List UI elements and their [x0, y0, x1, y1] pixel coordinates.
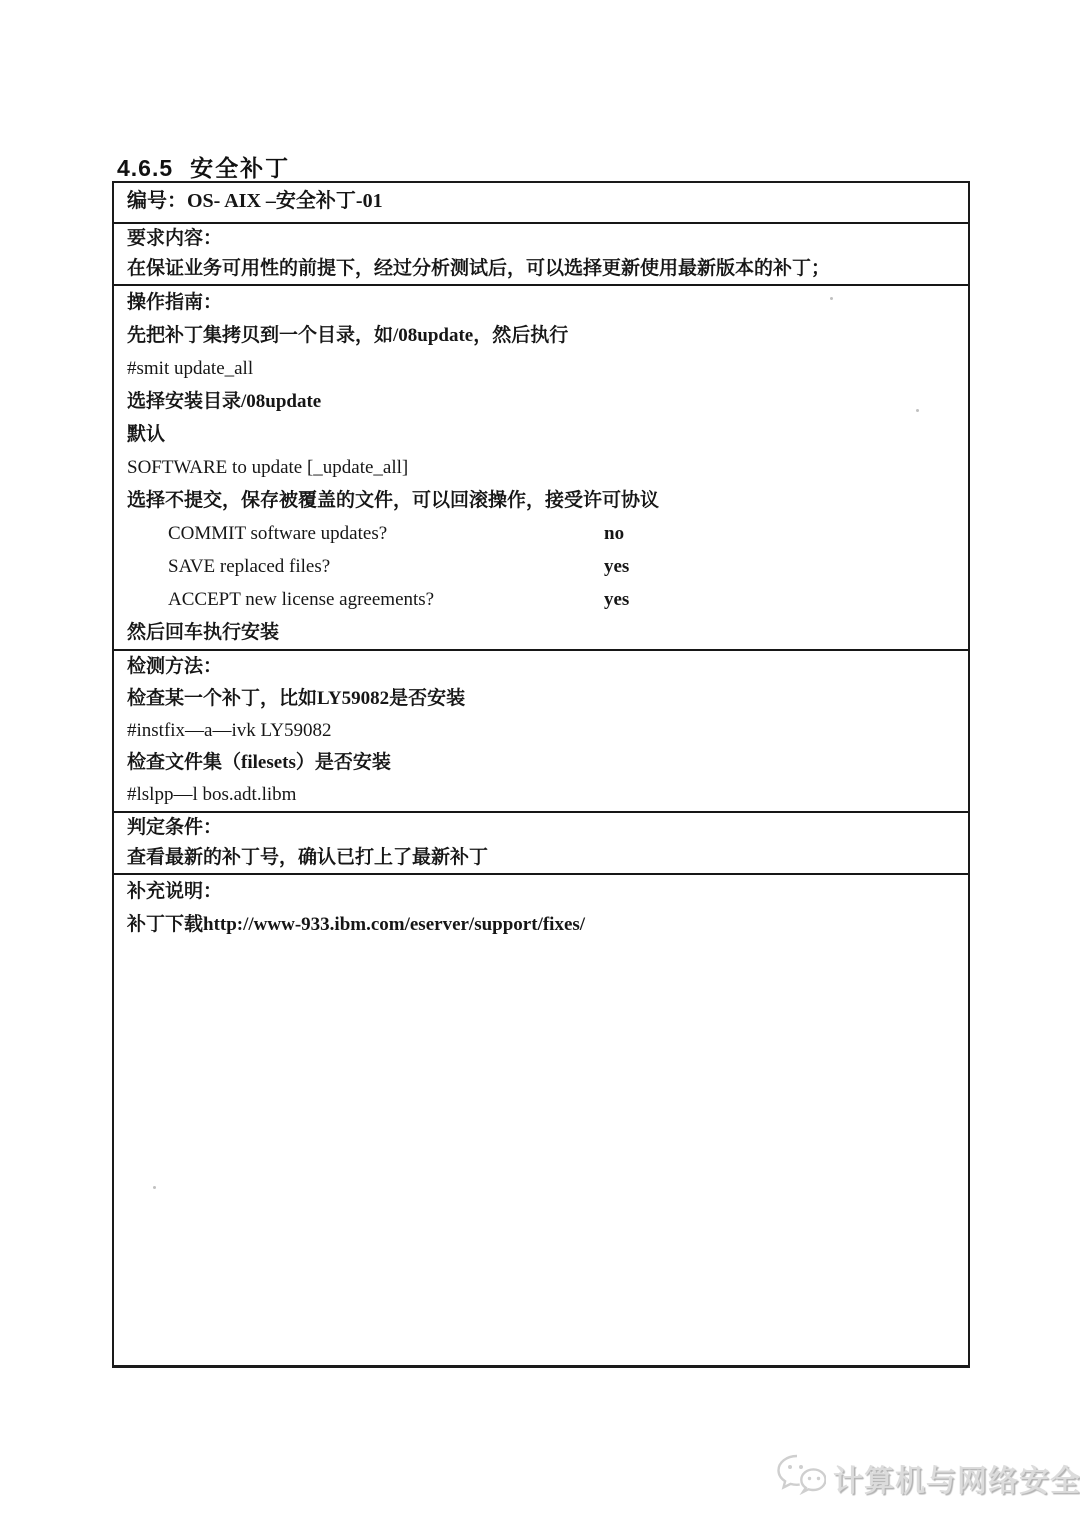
requirement-line: 在保证业务可用性的前提下，经过分析测试后，可以选择更新使用最新版本的补丁； — [114, 254, 968, 284]
judgment-criteria-line: 查看最新的补丁号，确认已打上了最新补丁 — [114, 843, 968, 873]
line-value: yes — [604, 550, 629, 583]
watermark-text: 计算机与网络安全 — [833, 1456, 1080, 1500]
line-text: 选择不提交，保存被覆盖的文件，可以回滚操作，接受许可协议 — [127, 490, 659, 511]
operation-guide-line: 选择不提交，保存被覆盖的文件，可以回滚操作，接受许可协议 — [114, 484, 968, 517]
line-text: 先把补丁集拷贝到一个目录，如/08update，然后执行 — [127, 325, 568, 346]
page-title: 4.6.5安全补丁 — [117, 150, 290, 183]
line-text: ACCEPT new license agreements? — [168, 589, 434, 610]
line-text: 在保证业务可用性的前提下，经过分析测试后，可以选择更新使用最新版本的补丁； — [127, 258, 830, 279]
line-text: 选择安装目录/08update — [127, 391, 321, 412]
line-text: 补丁下载http://www-933.ibm.com/eserver/suppo… — [127, 914, 585, 935]
line-text: 然后回车执行安装 — [127, 622, 279, 643]
detection-method-line: #instfix—a—ivk LY59082 — [114, 715, 968, 747]
supplementary-notes-line: 补丁下载http://www-933.ibm.com/eserver/suppo… — [114, 908, 968, 941]
line-text: 默认 — [127, 424, 165, 445]
section-supplementary-notes: 补充说明：补丁下载http://www-933.ibm.com/eserver/… — [114, 873, 968, 941]
watermark: 计算机与网络安全 — [776, 1452, 1080, 1504]
scan-speck — [916, 409, 919, 412]
line-text: 检查文件集（filesets）是否安装 — [127, 752, 391, 773]
requirement-line: 要求内容： — [114, 224, 968, 254]
detection-method-line: 检测方法： — [114, 651, 968, 683]
detection-method-line: #lslpp—l bos.adt.libm — [114, 779, 968, 811]
operation-guide-line: 默认 — [114, 418, 968, 451]
line-value: yes — [604, 583, 629, 616]
line-text: 补充说明： — [127, 881, 222, 902]
line-text: 检测方法： — [127, 656, 222, 677]
detection-method-line: 检查文件集（filesets）是否安装 — [114, 747, 968, 779]
id-row: 编号：OS- AIX –安全补丁-01 — [114, 183, 968, 222]
operation-guide-line: SOFTWARE to update [_update_all] — [114, 451, 968, 484]
operation-guide-line: 然后回车执行安装 — [114, 616, 968, 649]
line-text: 检查某一个补丁，比如LY59082是否安装 — [127, 688, 465, 709]
operation-guide-line: 先把补丁集拷贝到一个目录，如/08update，然后执行 — [114, 319, 968, 352]
operation-guide-line: COMMIT software updates?no — [114, 517, 968, 550]
section-title-text: 安全补丁 — [190, 155, 290, 181]
document-table: 编号：OS- AIX –安全补丁-01 要求内容：在保证业务可用性的前提下，经过… — [112, 181, 970, 1368]
line-text: COMMIT software updates? — [168, 523, 387, 544]
line-text: #lslpp—l bos.adt.libm — [127, 784, 296, 805]
line-text: 判定条件： — [127, 817, 222, 838]
line-text: SAVE replaced files? — [168, 556, 330, 577]
scan-speck — [153, 1186, 156, 1189]
scan-speck — [830, 297, 833, 300]
section-number: 4.6.5 — [117, 155, 173, 181]
supplementary-notes-line: 补充说明： — [114, 875, 968, 908]
section-detection-method: 检测方法：检查某一个补丁，比如LY59082是否安装#instfix—a—ivk… — [114, 649, 968, 811]
line-text: 查看最新的补丁号，确认已打上了最新补丁 — [127, 847, 488, 868]
table-sections: 要求内容：在保证业务可用性的前提下，经过分析测试后，可以选择更新使用最新版本的补… — [114, 222, 968, 941]
line-value: no — [604, 517, 624, 550]
line-text: 要求内容： — [127, 228, 222, 249]
operation-guide-line: 选择安装目录/08update — [114, 385, 968, 418]
line-text: #instfix—a—ivk LY59082 — [127, 720, 331, 741]
line-text: #smit update_all — [127, 358, 253, 379]
line-text: SOFTWARE to update [_update_all] — [127, 457, 408, 478]
operation-guide-line: ACCEPT new license agreements?yes — [114, 583, 968, 616]
section-requirement: 要求内容：在保证业务可用性的前提下，经过分析测试后，可以选择更新使用最新版本的补… — [114, 222, 968, 284]
section-operation-guide: 操作指南：先把补丁集拷贝到一个目录，如/08update，然后执行#smit u… — [114, 284, 968, 649]
judgment-criteria-line: 判定条件： — [114, 813, 968, 843]
wechat-icon — [776, 1454, 826, 1503]
operation-guide-line: SAVE replaced files?yes — [114, 550, 968, 583]
operation-guide-line: 操作指南： — [114, 286, 968, 319]
line-text: 操作指南： — [127, 292, 222, 313]
detection-method-line: 检查某一个补丁，比如LY59082是否安装 — [114, 683, 968, 715]
section-judgment-criteria: 判定条件：查看最新的补丁号，确认已打上了最新补丁 — [114, 811, 968, 873]
operation-guide-line: #smit update_all — [114, 352, 968, 385]
